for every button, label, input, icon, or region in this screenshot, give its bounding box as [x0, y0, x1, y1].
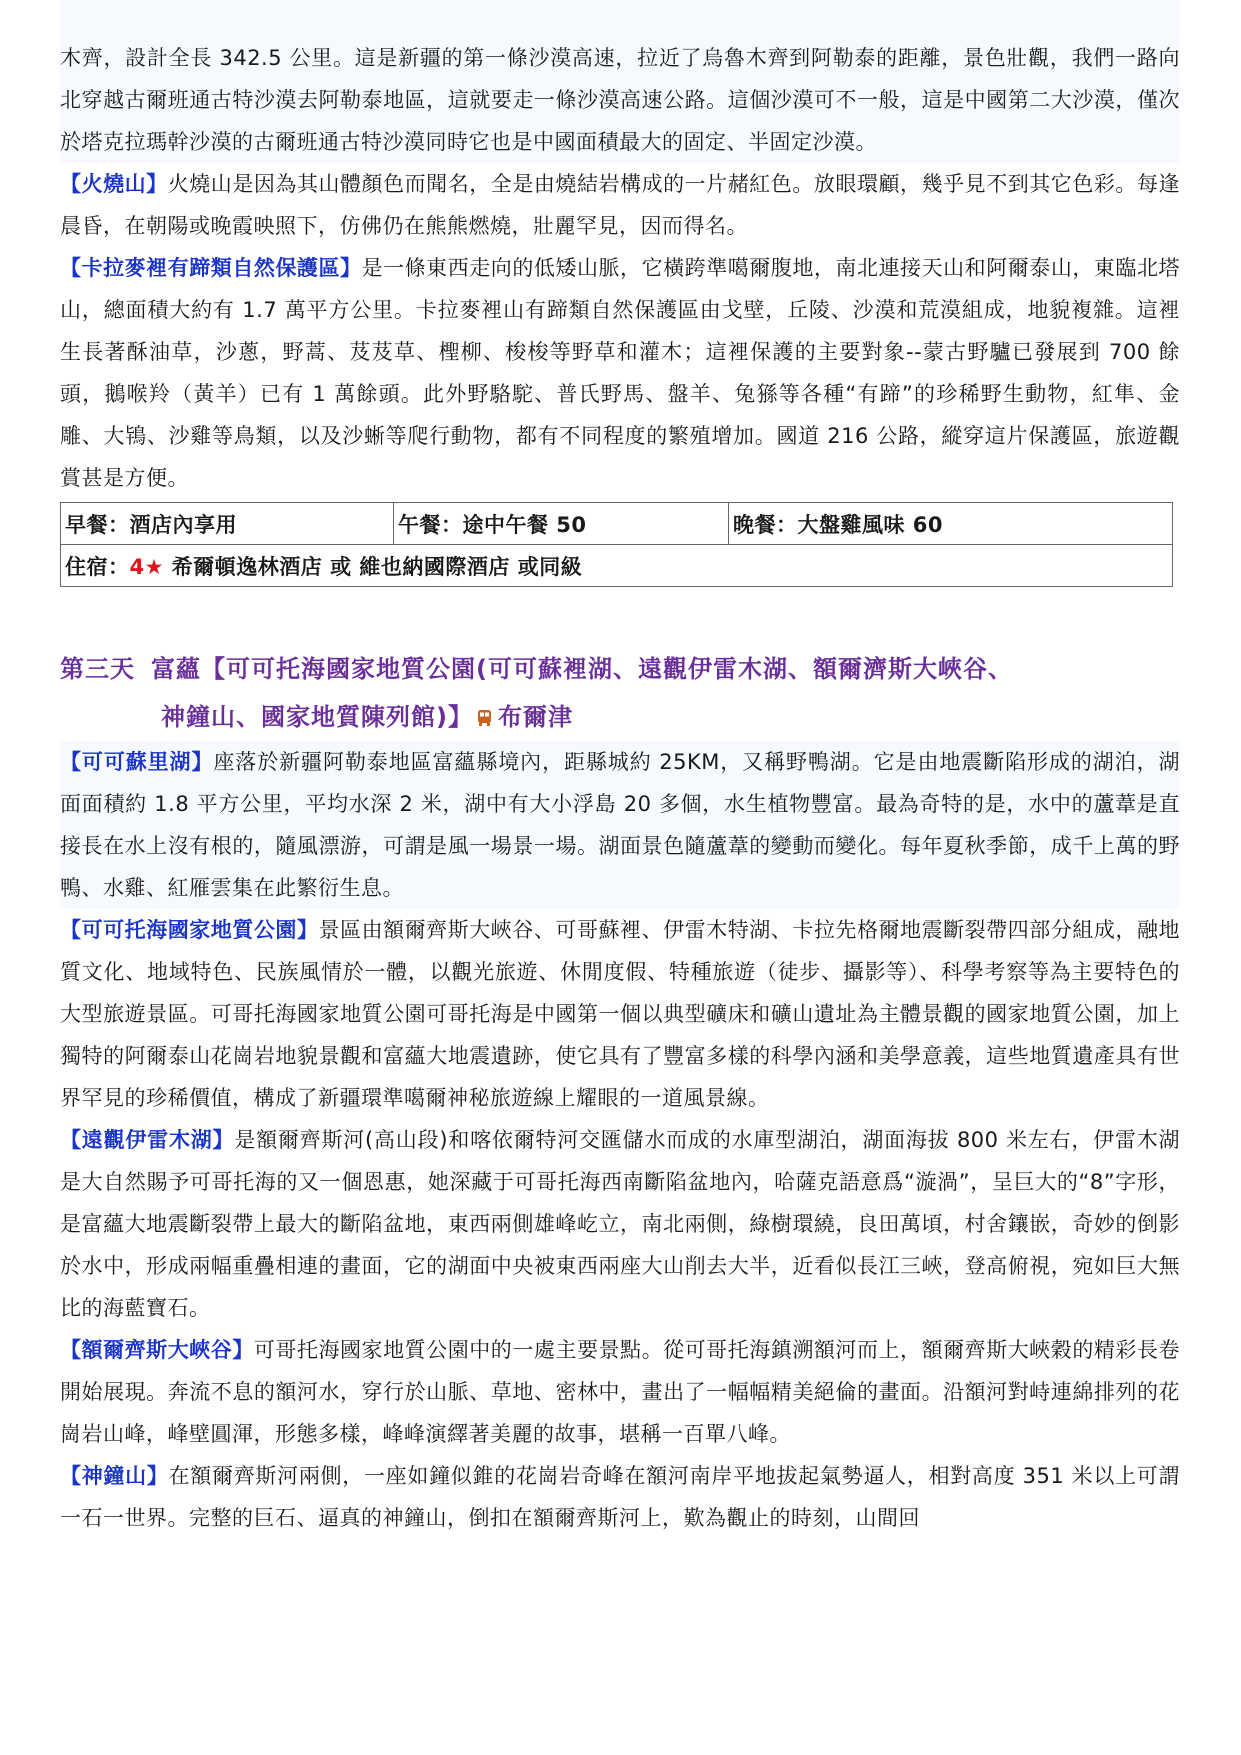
section-ertix-canyon: 【額爾齊斯大峽谷】可哥托海國家地質公園中的一處主要景點。從可哥托海鎮溯額河而上，…: [60, 1329, 1180, 1455]
section-title: 【可可蘇里湖】: [60, 750, 213, 774]
meals-row: 早餐：酒店內享用 午餐：途中午餐 50 晚餐：大盤雞風味 60: [61, 503, 1173, 545]
section-yileimu-lake: 【遠觀伊雷木湖】是額爾齊斯河(高山段)和喀依爾特河交匯儲水而成的水庫型湖泊，湖面…: [60, 1119, 1180, 1329]
section-title: 【遠觀伊雷木湖】: [60, 1128, 234, 1152]
bus-icon: [477, 709, 492, 726]
section-body: 是額爾齊斯河(高山段)和喀依爾特河交匯儲水而成的水庫型湖泊，湖面海拔 800 米…: [60, 1128, 1180, 1320]
section-title: 【火燒山】: [60, 172, 168, 196]
section-body: 景區由額爾齊斯大峽谷、可哥蘇裡、伊雷木特湖、卡拉先格爾地震斷裂帶四部分組成，融地…: [60, 918, 1180, 1110]
day-title-line2: 神鐘山、國家地質陳列館)】: [161, 703, 473, 731]
breakfast-cell: 早餐：酒店內享用: [61, 503, 394, 545]
hotel-rating: 4★: [130, 555, 164, 579]
section-body: 座落於新疆阿勒泰地區富蘊縣境內，距縣城約 25KM，又稱野鴨湖。它是由地震斷陷形…: [60, 750, 1180, 900]
section-body: 在額爾齊斯河兩側，一座如鐘似錐的花崗岩奇峰在額河南岸平地拔起氣勢逼人，相對高度 …: [60, 1464, 1180, 1530]
hotel-label: 住宿：: [65, 555, 130, 579]
day3-heading: 第三天富蘊【可可托海國家地質公園(可可蘇裡湖、遠觀伊雷木湖、額爾濟斯大峽谷、 神…: [60, 645, 1180, 741]
hotel-cell: 住宿：4★ 希爾頓逸林酒店 或 維也納國際酒店 或同級: [61, 545, 1173, 587]
intro-paragraph: 木齊，設計全長 342.5 公里。這是新疆的第一條沙漠高速，拉近了烏魯木齊到阿勒…: [60, 0, 1180, 163]
section-title: 【可可托海國家地質公園】: [60, 918, 318, 942]
hotel-names: 希爾頓逸林酒店 或 維也納國際酒店 或同級: [164, 555, 582, 579]
section-huoshaoshan: 【火燒山】火燒山是因為其山體顏色而聞名，全是由燒結岩構成的一片赭紅色。放眼環顧，…: [60, 163, 1180, 247]
dinner-cell: 晚餐：大盤雞風味 60: [729, 503, 1173, 545]
lunch-cell: 午餐：途中午餐 50: [394, 503, 729, 545]
meals-table: 早餐：酒店內享用 午餐：途中午餐 50 晚餐：大盤雞風味 60 住宿：4★ 希爾…: [60, 502, 1173, 587]
section-kalamaili: 【卡拉麥裡有蹄類自然保護區】是一條東西走向的低矮山脈，它橫跨準噶爾腹地，南北連接…: [60, 247, 1180, 499]
section-shenzhong-mountain: 【神鐘山】在額爾齊斯河兩側，一座如鐘似錐的花崗岩奇峰在額河南岸平地拔起氣勢逼人，…: [60, 1455, 1180, 1539]
section-title: 【神鐘山】: [60, 1464, 169, 1488]
section-title: 【額爾齊斯大峽谷】: [60, 1338, 254, 1362]
section-geopark: 【可可托海國家地質公園】景區由額爾齊斯大峽谷、可哥蘇裡、伊雷木特湖、卡拉先格爾地…: [60, 909, 1180, 1119]
day-title-line1: 富蘊【可可托海國家地質公園(可可蘇裡湖、遠觀伊雷木湖、額爾濟斯大峽谷、: [151, 655, 1013, 683]
destination: 布爾津: [498, 703, 573, 731]
section-kekesuli-lake: 【可可蘇里湖】座落於新疆阿勒泰地區富蘊縣境內，距縣城約 25KM，又稱野鴨湖。它…: [60, 741, 1180, 909]
section-title: 【卡拉麥裡有蹄類自然保護區】: [60, 256, 362, 280]
section-body: 火燒山是因為其山體顏色而聞名，全是由燒結岩構成的一片赭紅色。放眼環顧，幾乎見不到…: [60, 172, 1180, 238]
day-label: 第三天: [60, 655, 135, 683]
section-body: 是一條東西走向的低矮山脈，它橫跨準噶爾腹地，南北連接天山和阿爾泰山，東臨北塔山，…: [60, 256, 1180, 490]
document-page: 木齊，設計全長 342.5 公里。這是新疆的第一條沙漠高速，拉近了烏魯木齊到阿勒…: [60, 0, 1180, 1539]
hotel-row: 住宿：4★ 希爾頓逸林酒店 或 維也納國際酒店 或同級: [61, 545, 1173, 587]
